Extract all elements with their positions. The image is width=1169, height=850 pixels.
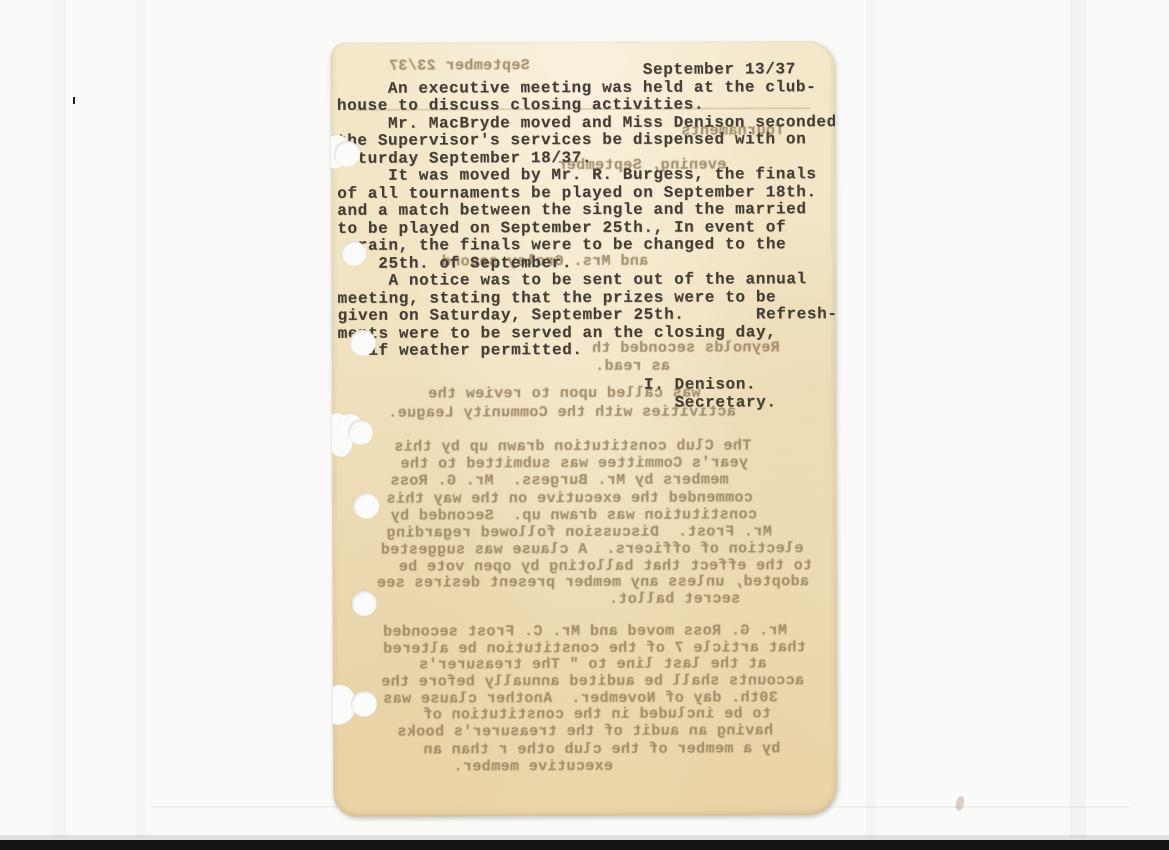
scanner-streak bbox=[866, 0, 877, 838]
scan-smudge bbox=[955, 795, 966, 811]
scanner-streak bbox=[1070, 0, 1086, 838]
bleed-through-line: by a member of the club othe r than an bbox=[423, 741, 780, 758]
bleed-through-line: The Club constitution drawn up by this bbox=[394, 438, 751, 455]
scanned-page: September 23/37Tournamentsevening, Septe… bbox=[331, 41, 838, 817]
punch-hole bbox=[341, 241, 366, 266]
bleed-through-line: having an audit of the treasurer's books bbox=[397, 723, 773, 740]
bleed-through-line: Mr. Frost. Discussion followed regarding bbox=[386, 524, 772, 541]
bleed-through-line: members by Mr. Burgess. Mr. G. Ross bbox=[390, 472, 729, 489]
punch-hole bbox=[350, 330, 376, 356]
punch-hole bbox=[353, 493, 379, 519]
punch-hole bbox=[348, 420, 373, 445]
bleed-through-line: adopted, unless any member present desir… bbox=[377, 574, 810, 592]
bleed-through-line: accounts shall be audited annually befor… bbox=[381, 673, 804, 690]
scanner-streak bbox=[52, 0, 66, 838]
bleed-through-line: at the last line to " The treasurer's bbox=[419, 656, 767, 673]
bleed-through-line: to be included in the constitution of bbox=[423, 706, 771, 723]
bleed-through-line: year's Committee was submitted to the bbox=[400, 455, 748, 472]
scan-speck bbox=[73, 97, 75, 104]
bleed-through-line: secret ballot. bbox=[609, 591, 741, 607]
bleed-through-line: executive member. bbox=[453, 759, 613, 776]
punch-hole bbox=[351, 691, 377, 717]
punch-hole bbox=[352, 591, 377, 616]
punch-hole bbox=[334, 141, 360, 167]
bleed-through-line: election of officers. A clause was sugge… bbox=[380, 541, 803, 558]
scanner-streak bbox=[136, 0, 145, 838]
typed-text: September 13/37 An executive meeting was… bbox=[337, 61, 838, 413]
bleed-through-line: commended the executive on the way this bbox=[386, 490, 753, 507]
bleed-through-line: constitution was drawn up. Seconded by bbox=[390, 507, 757, 524]
bleed-through-line: Mr. G. Ross moved and Mr. C. Frost secon… bbox=[383, 623, 787, 640]
scan-edge-bar bbox=[0, 840, 1169, 850]
